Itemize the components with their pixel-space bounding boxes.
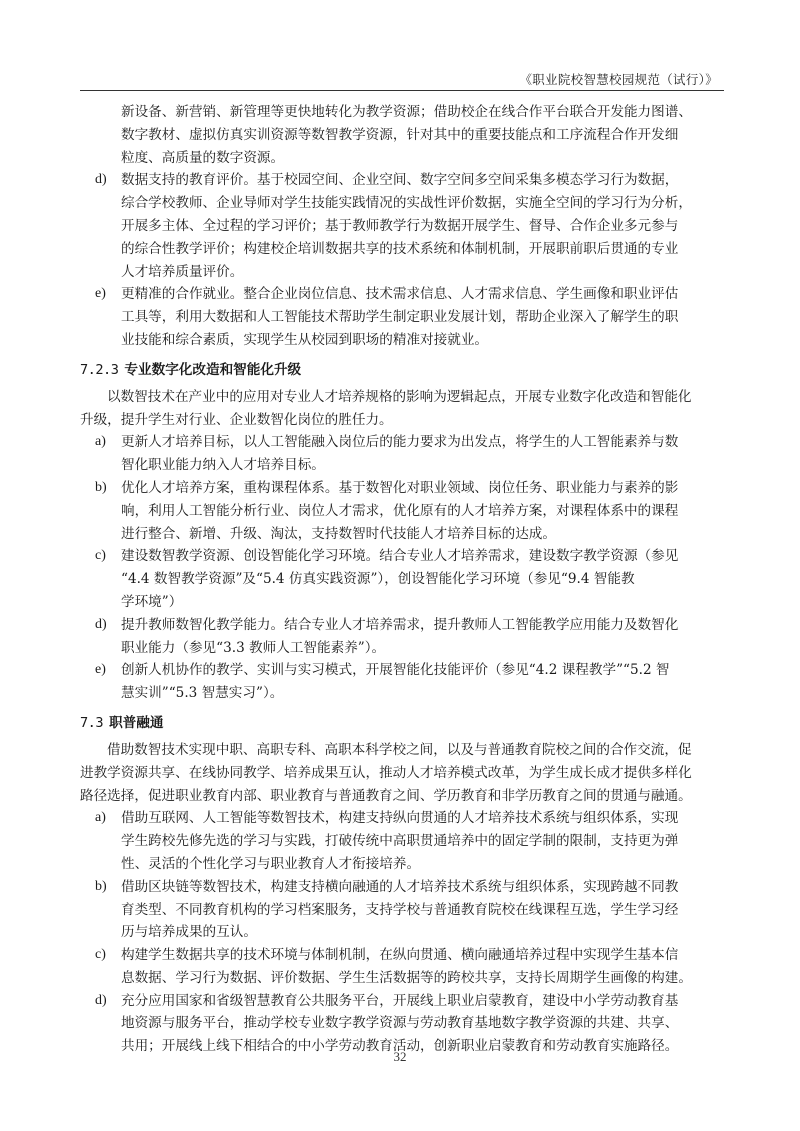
page-content: 新设备、新营销、新管理等更快地转化为教学资源；借助校企在线合作平台联合开发能力图… — [80, 101, 724, 1058]
list-item: a) 借助互联网、人工智能等数智技术，构建支持纵向贯通的人才培养技术系统与组织体… — [80, 807, 724, 875]
text-span: 充分应用国家和省级智慧教育公共服务平台，开展线上职业启蒙教育，建设中小学劳动教育… — [121, 993, 678, 1009]
text-line: 学环境”） — [80, 591, 724, 614]
text-span: 借助互联网、人工智能等数智技术，构建支持纵向贯通的人才培养技术系统与组织体系，实… — [121, 810, 678, 826]
text-span: 建设数智教学资源、创设智能化学习环境。结合专业人才培养需求，建设数字教学资源（参… — [121, 548, 678, 564]
text-line: 升级，提升学生对行业、企业数智化岗位的胜任力。 — [80, 409, 724, 432]
list-item-label: d) — [95, 614, 107, 637]
section-intro-paragraph: 以数智技术在产业中的应用对专业人才培养规格的影响为逻辑起点，开展专业数字化改造和… — [80, 386, 724, 432]
list-item: c) 构建学生数据共享的技术环境与体制机制，在纵向贯通、横向融通培养过程中实现学… — [80, 944, 724, 990]
text-line: 智化职业能力纳入人才培养目标。 — [80, 454, 724, 477]
header-rule — [80, 90, 724, 91]
text-line: 学生跨校先修先选的学习与实践，打破传统中高职贯通培养中的固定学制的限制，支持更为… — [80, 830, 724, 853]
text-line: 育类型、不同教育机构的学习档案服务，支持学校与普通教育院校在线课程互选，学生学习… — [80, 899, 724, 922]
list-item-label: a) — [95, 807, 106, 830]
section-title: 专业数字化改造和智能化升级 — [124, 362, 301, 378]
text-line: 慧实训”“5.3 智慧实习”）。 — [80, 682, 724, 705]
text-line: 工具等，利用大数据和人工智能技术帮助学生制定职业发展计划，帮助企业深入了解学生的… — [80, 306, 724, 329]
section-heading-7-2-3: 7.2.3专业数字化改造和智能化升级 — [80, 358, 724, 382]
list-item-label: e) — [95, 283, 106, 306]
text-span: 优化人才培养方案，重构课程体系。基于数智化对职业领域、岗位任务、职业能力与素养的… — [121, 480, 678, 496]
text-span: 更新人才培养目标，以人工智能融入岗位后的能力要求为出发点，将学生的人工智能素养与… — [121, 434, 678, 450]
list-item: d) 充分应用国家和省级智慧教育公共服务平台，开展线上职业启蒙教育，建设中小学劳… — [80, 990, 724, 1058]
text-line: 路径选择，促进职业教育内部、职业教育与普通教育之间、学历教育和非学历教育之间的贯… — [80, 785, 724, 808]
text-line: 进行整合、新增、升级、淘汰，支持数智时代技能人才培养目标的达成。 — [80, 523, 724, 546]
text-line: 综合学校教师、企业导师对学生技能实践情况的实战性评价数据，实施全空间的学习行为分… — [80, 192, 724, 215]
text-span: 构建学生数据共享的技术环境与体制机制，在纵向贯通、横向融通培养过程中实现学生基本… — [121, 947, 678, 963]
text-line: 历与培养成果的互认。 — [80, 921, 724, 944]
text-line: 业技能和综合素质，实现学生从校园到职场的精准对接就业。 — [80, 329, 724, 352]
section-number: 7.3 — [80, 715, 103, 731]
list-item-label: c) — [95, 545, 106, 568]
section-intro-paragraph: 借助数智技术实现中职、高职专科、高职本科学校之间，以及与普通教育院校之间的合作交… — [80, 739, 724, 807]
list-item-label: d) — [95, 169, 107, 192]
text-span: 提升教师数智化教学能力。结合专业人才培养需求，提升教师人工智能教学应用能力及数智… — [121, 617, 678, 633]
list-item: d) 数据支持的教育评价。基于校园空间、企业空间、数字空间多空间采集多模态学习行… — [80, 169, 724, 283]
text-line: e) 更精准的合作就业。整合企业岗位信息、技术需求信息、人才需求信息、学生画像和… — [80, 283, 724, 306]
text-line: c) 构建学生数据共享的技术环境与体制机制，在纵向贯通、横向融通培养过程中实现学… — [80, 944, 724, 967]
list-item: b) 优化人才培养方案，重构课程体系。基于数智化对职业领域、岗位任务、职业能力与… — [80, 477, 724, 545]
list-item: e) 更精准的合作就业。整合企业岗位信息、技术需求信息、人才需求信息、学生画像和… — [80, 283, 724, 351]
text-span: 数据支持的教育评价。基于校园空间、企业空间、数字空间多空间采集多模态学习行为数据… — [121, 172, 678, 188]
text-line: a) 借助互联网、人工智能等数智技术，构建支持纵向贯通的人才培养技术系统与组织体… — [80, 807, 724, 830]
section-number: 7.2.3 — [80, 362, 118, 378]
list-item: a) 更新人才培养目标，以人工智能融入岗位后的能力要求为出发点，将学生的人工智能… — [80, 431, 724, 477]
text-line: e) 创新人机协作的教学、实训与实习模式，开展智能化技能评价（参见“4.2 课程… — [80, 659, 724, 682]
text-line: 粒度、高质量的数字资源。 — [80, 147, 724, 170]
list-item: d) 提升教师数智化教学能力。结合专业人才培养需求，提升教师人工智能教学应用能力… — [80, 614, 724, 660]
text-span: 创新人机协作的教学、实训与实习模式，开展智能化技能评价（参见“4.2 课程教学”… — [121, 662, 670, 678]
section-heading-7-3: 7.3职普融通 — [80, 711, 724, 735]
text-span: 借助区块链等数智技术，构建支持横向融通的人才培养技术系统与组织体系，实现跨越不同… — [121, 879, 678, 895]
list-item-label: b) — [95, 477, 107, 500]
text-line: “4.4 数智教学资源”及“5.4 仿真实践资源”），创设智能化学习环境（参见“… — [80, 568, 724, 591]
text-line: 数字教材、虚拟仿真实训资源等数智教学资源，针对其中的重要技能点和工序流程合作开发… — [80, 124, 724, 147]
list-item: e) 创新人机协作的教学、实训与实习模式，开展智能化技能评价（参见“4.2 课程… — [80, 659, 724, 705]
list-item-label: b) — [95, 876, 107, 899]
text-line: b) 借助区块链等数智技术，构建支持横向融通的人才培养技术系统与组织体系，实现跨… — [80, 876, 724, 899]
text-line: 人才培养质量评价。 — [80, 261, 724, 284]
text-line: 进教学资源共享、在线协同教学、培养成果互认，推动人才培养模式改革，为学生成长成才… — [80, 762, 724, 785]
text-line: d) 充分应用国家和省级智慧教育公共服务平台，开展线上职业启蒙教育，建设中小学劳… — [80, 990, 724, 1013]
text-line: d) 数据支持的教育评价。基于校园空间、企业空间、数字空间多空间采集多模态学习行… — [80, 169, 724, 192]
text-line: b) 优化人才培养方案，重构课程体系。基于数智化对职业领域、岗位任务、职业能力与… — [80, 477, 724, 500]
text-line: 性、灵活的个性化学习与职业教育人才衔接培养。 — [80, 853, 724, 876]
text-line: 职业能力（参见“3.3 教师人工智能素养”）。 — [80, 637, 724, 660]
list-item-label: a) — [95, 431, 106, 454]
list-item-label: e) — [95, 659, 106, 682]
text-line: 的综合性教学评价；构建校企培训数据共享的技术系统和体制机制，开展职前职后贯通的专… — [80, 238, 724, 261]
text-line: d) 提升教师数智化教学能力。结合专业人才培养需求，提升教师人工智能教学应用能力… — [80, 614, 724, 637]
list-item-label: d) — [95, 990, 107, 1013]
page-header-title: 《职业院校智慧校园规范（试行）》 — [519, 70, 718, 88]
text-line: c) 建设数智教学资源、创设智能化学习环境。结合专业人才培养需求，建设数字教学资… — [80, 545, 724, 568]
list-item: c) 建设数智教学资源、创设智能化学习环境。结合专业人才培养需求，建设数字教学资… — [80, 545, 724, 613]
list-item: b) 借助区块链等数智技术，构建支持横向融通的人才培养技术系统与组织体系，实现跨… — [80, 876, 724, 944]
page-number: 32 — [0, 1049, 800, 1065]
text-line: a) 更新人才培养目标，以人工智能融入岗位后的能力要求为出发点，将学生的人工智能… — [80, 431, 724, 454]
text-line: 响，利用人工智能分析行业、岗位人才需求，优化原有的人才培养方案，对课程体系中的课… — [80, 500, 724, 523]
text-line: 借助数智技术实现中职、高职专科、高职本科学校之间，以及与普通教育院校之间的合作交… — [80, 739, 724, 762]
text-line: 地资源与服务平台，推动学校专业数字教学资源与劳动教育基地数字教学资源的共建、共享… — [80, 1012, 724, 1035]
text-line: 息数据、学习行为数据、评价数据、学生生活数据等的跨校共享，支持长周期学生画像的构… — [80, 967, 724, 990]
text-line: 新设备、新营销、新管理等更快地转化为教学资源；借助校企在线合作平台联合开发能力图… — [80, 101, 724, 124]
section-title: 职普融通 — [109, 715, 163, 731]
continuation-paragraph: 新设备、新营销、新管理等更快地转化为教学资源；借助校企在线合作平台联合开发能力图… — [80, 101, 724, 169]
text-line: 以数智技术在产业中的应用对专业人才培养规格的影响为逻辑起点，开展专业数字化改造和… — [80, 386, 724, 409]
text-line: 开展多主体、全过程的学习评价；基于教师教学行为数据开展学生、督导、合作企业多元参… — [80, 215, 724, 238]
list-item-label: c) — [95, 944, 106, 967]
text-span: 更精准的合作就业。整合企业岗位信息、技术需求信息、人才需求信息、学生画像和职业评… — [121, 286, 678, 302]
